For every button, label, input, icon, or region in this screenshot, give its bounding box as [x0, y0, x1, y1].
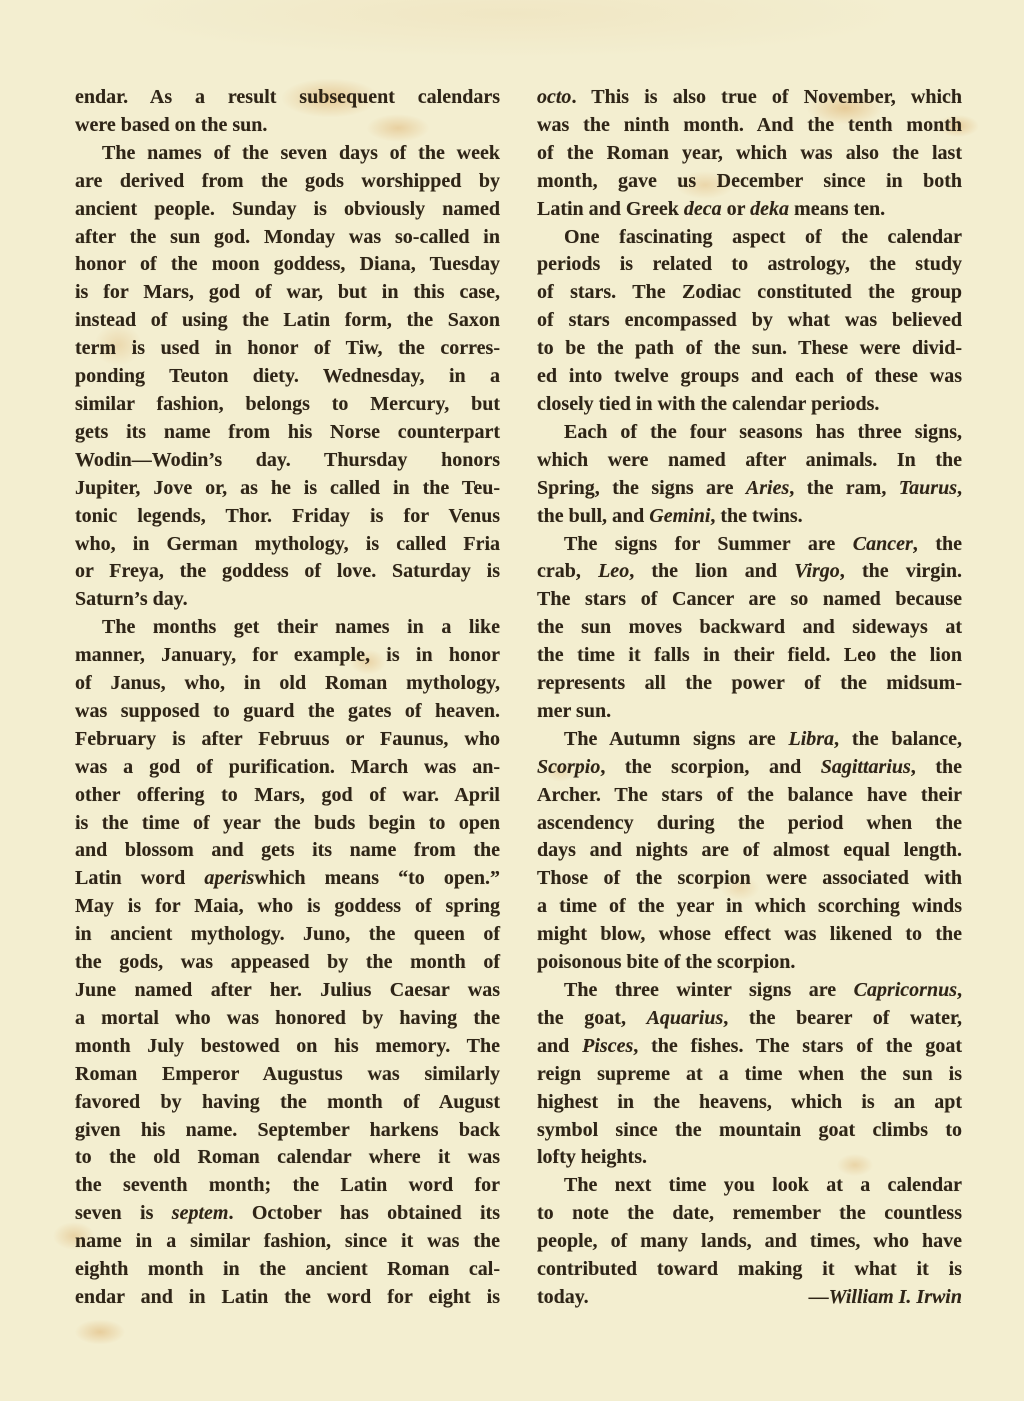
text-line: or Freya, the goddess of love. Saturday … — [75, 558, 500, 586]
text-run: ed into twelve groups and each of these … — [537, 365, 962, 387]
text-run: honor of the moon goddess, Diana, Tuesda… — [75, 253, 500, 275]
text-line: May is for Maia, who is goddess of sprin… — [75, 893, 500, 921]
text-run: means ten. — [789, 198, 885, 220]
text-line: honor of the moon goddess, Diana, Tuesda… — [75, 251, 500, 279]
text-run: Roman Emperor Augustus was similarly — [75, 1063, 500, 1085]
text-line: other offering to Mars, god of war. Apri… — [75, 782, 500, 810]
text-run: One fascinating aspect of the calendar — [564, 226, 962, 248]
text-run: term is used in honor of Tiw, the corres… — [75, 337, 500, 359]
page-columns: endar. As a result subsequent calendarsw… — [75, 84, 962, 1312]
text-line: manner, January, for example, is in hono… — [75, 642, 500, 670]
text-line: was supposed to guard the gates of heave… — [75, 698, 500, 726]
text-line: given his name. September harkens back — [75, 1117, 500, 1145]
text-line: month July bestowed on his memory. The — [75, 1033, 500, 1061]
italic-text: septem — [172, 1202, 229, 1224]
text-run: were based on the sun. — [75, 114, 267, 136]
text-run: Latin word — [75, 867, 204, 889]
text-run: June named after her. Julius Caesar was — [75, 979, 500, 1001]
text-run: . This is also true of November, which — [571, 86, 962, 108]
text-line: and blossom and gets its name from the — [75, 837, 500, 865]
text-line: Latin word aperiswhich means “to open.” — [75, 865, 500, 893]
text-run: a time of the year in which scorching wi… — [537, 895, 962, 917]
italic-text: Pisces — [582, 1035, 633, 1057]
text-line: is for Mars, god of war, but in this cas… — [75, 279, 500, 307]
text-run: was the ninth month. And the tenth month — [537, 114, 962, 136]
text-line: instead of using the Latin form, the Sax… — [75, 307, 500, 335]
text-line: crab, Leo, the lion and Virgo, the virgi… — [537, 558, 962, 586]
text-column-right: octo. This is also true of November, whi… — [537, 84, 962, 1312]
italic-text: Cancer — [853, 533, 913, 555]
author-signature: —William I. Irwin — [809, 1284, 962, 1312]
text-run: , the — [913, 533, 962, 555]
text-run: Saturn’s day. — [75, 588, 188, 610]
text-line: after the sun god. Monday was so-called … — [75, 224, 500, 252]
text-run: The names of the seven days of the week — [102, 142, 500, 164]
text-run: lofty heights. — [537, 1146, 647, 1168]
text-line: which were named after animals. In the — [537, 447, 962, 475]
text-line: The months get their names in a like — [75, 614, 500, 642]
text-run: a mortal who was honored by having the — [75, 1007, 500, 1029]
text-line: Those of the scorpion were associated wi… — [537, 865, 962, 893]
text-line: Roman Emperor Augustus was similarly — [75, 1061, 500, 1089]
text-line: the time it falls in their field. Leo th… — [537, 642, 962, 670]
text-run: The signs for Summer are — [564, 533, 853, 555]
text-run: Those of the scorpion were associated wi… — [537, 867, 962, 889]
text-line: contributed toward making it what it is — [537, 1256, 962, 1284]
text-run: the seventh month; the Latin word for — [75, 1174, 500, 1196]
text-run: , the lion and — [629, 560, 794, 582]
text-run: seven is — [75, 1202, 172, 1224]
text-line: of Janus, who, in old Roman mythology, — [75, 670, 500, 698]
text-line: Latin and Greek deca or deka means ten. — [537, 196, 962, 224]
text-run: reign supreme at a time when the sun is — [537, 1063, 962, 1085]
text-line: were based on the sun. — [75, 112, 500, 140]
text-run: people, of many lands, and times, who ha… — [537, 1230, 962, 1252]
text-line: highest in the heavens, which is an apt — [537, 1089, 962, 1117]
text-run: is for Mars, god of war, but in this cas… — [75, 281, 500, 303]
text-line: The signs for Summer are Cancer, the — [537, 531, 962, 559]
text-run: crab, — [537, 560, 598, 582]
text-run: given his name. September harkens back — [75, 1119, 500, 1141]
text-run: was supposed to guard the gates of heave… — [75, 700, 500, 722]
text-run: was a god of purification. March was an- — [75, 756, 500, 778]
text-line: Archer. The stars of the balance have th… — [537, 782, 962, 810]
text-run: tonic legends, Thor. Friday is for Venus — [75, 505, 500, 527]
italic-text: deka — [750, 198, 789, 220]
text-run: days and nights are of almost equal leng… — [537, 839, 962, 861]
text-line: a time of the year in which scorching wi… — [537, 893, 962, 921]
text-run: who, in German mythology, is called Fria — [75, 533, 500, 555]
text-run: poisonous bite of the scorpion. — [537, 951, 795, 973]
text-run: , the scorpion, and — [600, 756, 820, 778]
text-line: mer sun. — [537, 698, 962, 726]
text-line: symbol since the mountain goat climbs to — [537, 1117, 962, 1145]
text-run: Each of the four seasons has three signs… — [564, 421, 962, 443]
text-run: , the twins. — [710, 505, 802, 527]
text-run: , the — [911, 756, 962, 778]
text-run: ancient people. Sunday is obviously name… — [75, 198, 500, 220]
text-run: closely tied in with the calendar period… — [537, 393, 879, 415]
text-run: endar. As a result subsequent calendars — [75, 86, 500, 108]
text-line: to be the path of the sun. These were di… — [537, 335, 962, 363]
text-run: symbol since the mountain goat climbs to — [537, 1119, 962, 1141]
text-run: to note the date, remember the countless — [537, 1202, 962, 1224]
text-run: ascendency during the period when the — [537, 812, 962, 834]
text-run: name in a similar fashion, since it was … — [75, 1230, 500, 1252]
text-run: is the time of year the buds begin to op… — [75, 812, 500, 834]
text-run: of Janus, who, in old Roman mythology, — [75, 672, 500, 694]
scanned-page: endar. As a result subsequent calendarsw… — [0, 0, 1024, 1401]
text-line: eighth month in the ancient Roman cal- — [75, 1256, 500, 1284]
text-run: The Autumn signs are — [564, 728, 788, 750]
text-run: and blossom and gets its name from the — [75, 839, 500, 861]
text-line: Saturn’s day. — [75, 586, 500, 614]
text-line: is the time of year the buds begin to op… — [75, 810, 500, 838]
text-run: , the bearer of water, — [723, 1007, 962, 1029]
italic-text: Libra — [788, 728, 834, 750]
text-run: Wodin—Wodin’s day. Thursday honors — [75, 449, 500, 471]
text-run: the gods, was appeased by the month of — [75, 951, 500, 973]
italic-text: aperis — [204, 867, 254, 889]
text-run: the goat, — [537, 1007, 647, 1029]
text-run: , the ram, — [789, 477, 899, 499]
text-line: The names of the seven days of the week — [75, 140, 500, 168]
text-line: endar. As a result subsequent calendars — [75, 84, 500, 112]
text-run: mer sun. — [537, 700, 611, 722]
text-run: other offering to Mars, god of war. Apri… — [75, 784, 500, 806]
italic-text: deca — [684, 198, 722, 220]
text-line: ancient people. Sunday is obviously name… — [75, 196, 500, 224]
text-line: Jupiter, Jove or, as he is called in the… — [75, 475, 500, 503]
text-line: The three winter signs are Capricornus, — [537, 977, 962, 1005]
italic-text: Aries — [746, 477, 789, 499]
text-line: reign supreme at a time when the sun is — [537, 1061, 962, 1089]
text-run: month, gave us December since in both — [537, 170, 962, 192]
text-line: to note the date, remember the countless — [537, 1200, 962, 1228]
text-line: Scorpio, the scorpion, and Sagittarius, … — [537, 754, 962, 782]
text-run: after the sun god. Monday was so-called … — [75, 226, 500, 248]
text-run: favored by having the month of August — [75, 1091, 500, 1113]
text-line: term is used in honor of Tiw, the corres… — [75, 335, 500, 363]
italic-text: Gemini — [649, 505, 710, 527]
italic-text: Sagittarius — [821, 756, 911, 778]
text-run: or — [722, 198, 751, 220]
text-run: represents all the power of the midsum- — [537, 672, 962, 694]
text-line: ed into twelve groups and each of these … — [537, 363, 962, 391]
text-line: are derived from the gods worshipped by — [75, 168, 500, 196]
text-line: poisonous bite of the scorpion. — [537, 949, 962, 977]
italic-text: Scorpio — [537, 756, 600, 778]
text-line: of stars. The Zodiac constituted the gro… — [537, 279, 962, 307]
italic-text: octo — [537, 86, 571, 108]
text-run: endar and in Latin the word for eight is — [75, 1286, 500, 1308]
text-run: manner, January, for example, is in hono… — [75, 644, 500, 666]
text-line: days and nights are of almost equal leng… — [537, 837, 962, 865]
italic-text: Capricornus — [854, 979, 957, 1001]
italic-text: Aquarius — [647, 1007, 724, 1029]
text-line: month, gave us December since in both — [537, 168, 962, 196]
text-line: the gods, was appeased by the month of — [75, 949, 500, 977]
text-run: , the fishes. The stars of the goat — [633, 1035, 962, 1057]
text-column-left: endar. As a result subsequent calendarsw… — [75, 84, 500, 1312]
text-run: of stars encompassed by what was believe… — [537, 309, 962, 331]
text-run: the bull, and — [537, 505, 649, 527]
text-run: The next time you look at a calendar — [564, 1174, 962, 1196]
text-run: , the balance, — [834, 728, 962, 750]
text-run: The three winter signs are — [564, 979, 854, 1001]
text-line: in ancient mythology. Juno, the queen of — [75, 921, 500, 949]
text-line: gets its name from his Norse counterpart — [75, 419, 500, 447]
text-run: and — [537, 1035, 582, 1057]
text-run: contributed toward making it what it is — [537, 1258, 962, 1280]
text-run: periods is related to astrology, the stu… — [537, 253, 962, 275]
text-run: eighth month in the ancient Roman cal- — [75, 1258, 500, 1280]
text-run: the sun moves backward and sideways at — [537, 616, 962, 638]
text-run: instead of using the Latin form, the Sax… — [75, 309, 500, 331]
text-run: February is after Februus or Faunus, who — [75, 728, 500, 750]
text-line: Each of the four seasons has three signs… — [537, 419, 962, 447]
text-run: of stars. The Zodiac constituted the gro… — [537, 281, 962, 303]
italic-text: Taurus — [899, 477, 957, 499]
text-run: highest in the heavens, which is an apt — [537, 1091, 962, 1113]
text-run: , — [957, 477, 962, 499]
text-run: to the old Roman calendar where it was — [75, 1146, 500, 1168]
text-line: The stars of Cancer are so named because — [537, 586, 962, 614]
text-line: might blow, whose effect was likened to … — [537, 921, 962, 949]
text-line: today.—William I. Irwin — [537, 1284, 962, 1312]
text-line: seven is septem. October has obtained it… — [75, 1200, 500, 1228]
text-line: represents all the power of the midsum- — [537, 670, 962, 698]
text-line: similar fashion, belongs to Mercury, but — [75, 391, 500, 419]
text-line: the bull, and Gemini, the twins. — [537, 503, 962, 531]
text-run: . October has obtained its — [228, 1202, 500, 1224]
text-run: gets its name from his Norse counterpart — [75, 421, 500, 443]
text-run: to be the path of the sun. These were di… — [537, 337, 962, 359]
text-run: The stars of Cancer are so named because — [537, 588, 962, 610]
text-line: people, of many lands, and times, who ha… — [537, 1228, 962, 1256]
text-line: octo. This is also true of November, whi… — [537, 84, 962, 112]
text-line: The next time you look at a calendar — [537, 1172, 962, 1200]
text-run: , — [957, 979, 962, 1001]
text-run: Archer. The stars of the balance have th… — [537, 784, 962, 806]
text-line: to the old Roman calendar where it was — [75, 1144, 500, 1172]
text-line: The Autumn signs are Libra, the balance, — [537, 726, 962, 754]
text-run: month July bestowed on his memory. The — [75, 1035, 500, 1057]
text-line: who, in German mythology, is called Fria — [75, 531, 500, 559]
text-line: the goat, Aquarius, the bearer of water, — [537, 1005, 962, 1033]
text-run: similar fashion, belongs to Mercury, but — [75, 393, 500, 415]
text-line: Wodin—Wodin’s day. Thursday honors — [75, 447, 500, 475]
text-run: might blow, whose effect was likened to … — [537, 923, 962, 945]
text-line: ascendency during the period when the — [537, 810, 962, 838]
text-line: Spring, the signs are Aries, the ram, Ta… — [537, 475, 962, 503]
text-line: was a god of purification. March was an- — [75, 754, 500, 782]
text-run: ponding Teuton diety. Wednesday, in a — [75, 365, 500, 387]
text-line: was the ninth month. And the tenth month — [537, 112, 962, 140]
text-line: One fascinating aspect of the calendar — [537, 224, 962, 252]
text-run: The months get their names in a like — [102, 616, 500, 638]
text-line: favored by having the month of August — [75, 1089, 500, 1117]
text-run: May is for Maia, who is goddess of sprin… — [75, 895, 500, 917]
italic-text: Virgo — [794, 560, 840, 582]
text-line: of the Roman year, which was also the la… — [537, 140, 962, 168]
text-line: periods is related to astrology, the stu… — [537, 251, 962, 279]
text-line: a mortal who was honored by having the — [75, 1005, 500, 1033]
text-line: and Pisces, the fishes. The stars of the… — [537, 1033, 962, 1061]
text-line: the seventh month; the Latin word for — [75, 1172, 500, 1200]
text-run: Jupiter, Jove or, as he is called in the… — [75, 477, 500, 499]
italic-text: Leo — [598, 560, 629, 582]
text-run: are derived from the gods worshipped by — [75, 170, 500, 192]
text-line: tonic legends, Thor. Friday is for Venus — [75, 503, 500, 531]
text-line: February is after Februus or Faunus, who — [75, 726, 500, 754]
text-run: or Freya, the goddess of love. Saturday … — [75, 560, 500, 582]
text-line: closely tied in with the calendar period… — [537, 391, 962, 419]
text-run: Latin and Greek — [537, 198, 684, 220]
text-run: the time it falls in their field. Leo th… — [537, 644, 962, 666]
text-run: Spring, the signs are — [537, 477, 746, 499]
text-run: , the virgin. — [840, 560, 962, 582]
text-run: which were named after animals. In the — [537, 449, 962, 471]
text-line: name in a similar fashion, since it was … — [75, 1228, 500, 1256]
text-line: endar and in Latin the word for eight is — [75, 1284, 500, 1312]
text-run: which means “to open.” — [254, 867, 500, 889]
text-run: today. — [537, 1284, 589, 1312]
text-line: the sun moves backward and sideways at — [537, 614, 962, 642]
text-line: of stars encompassed by what was believe… — [537, 307, 962, 335]
text-line: lofty heights. — [537, 1144, 962, 1172]
text-line: ponding Teuton diety. Wednesday, in a — [75, 363, 500, 391]
text-run: in ancient mythology. Juno, the queen of — [75, 923, 500, 945]
text-run: of the Roman year, which was also the la… — [537, 142, 962, 164]
text-line: June named after her. Julius Caesar was — [75, 977, 500, 1005]
